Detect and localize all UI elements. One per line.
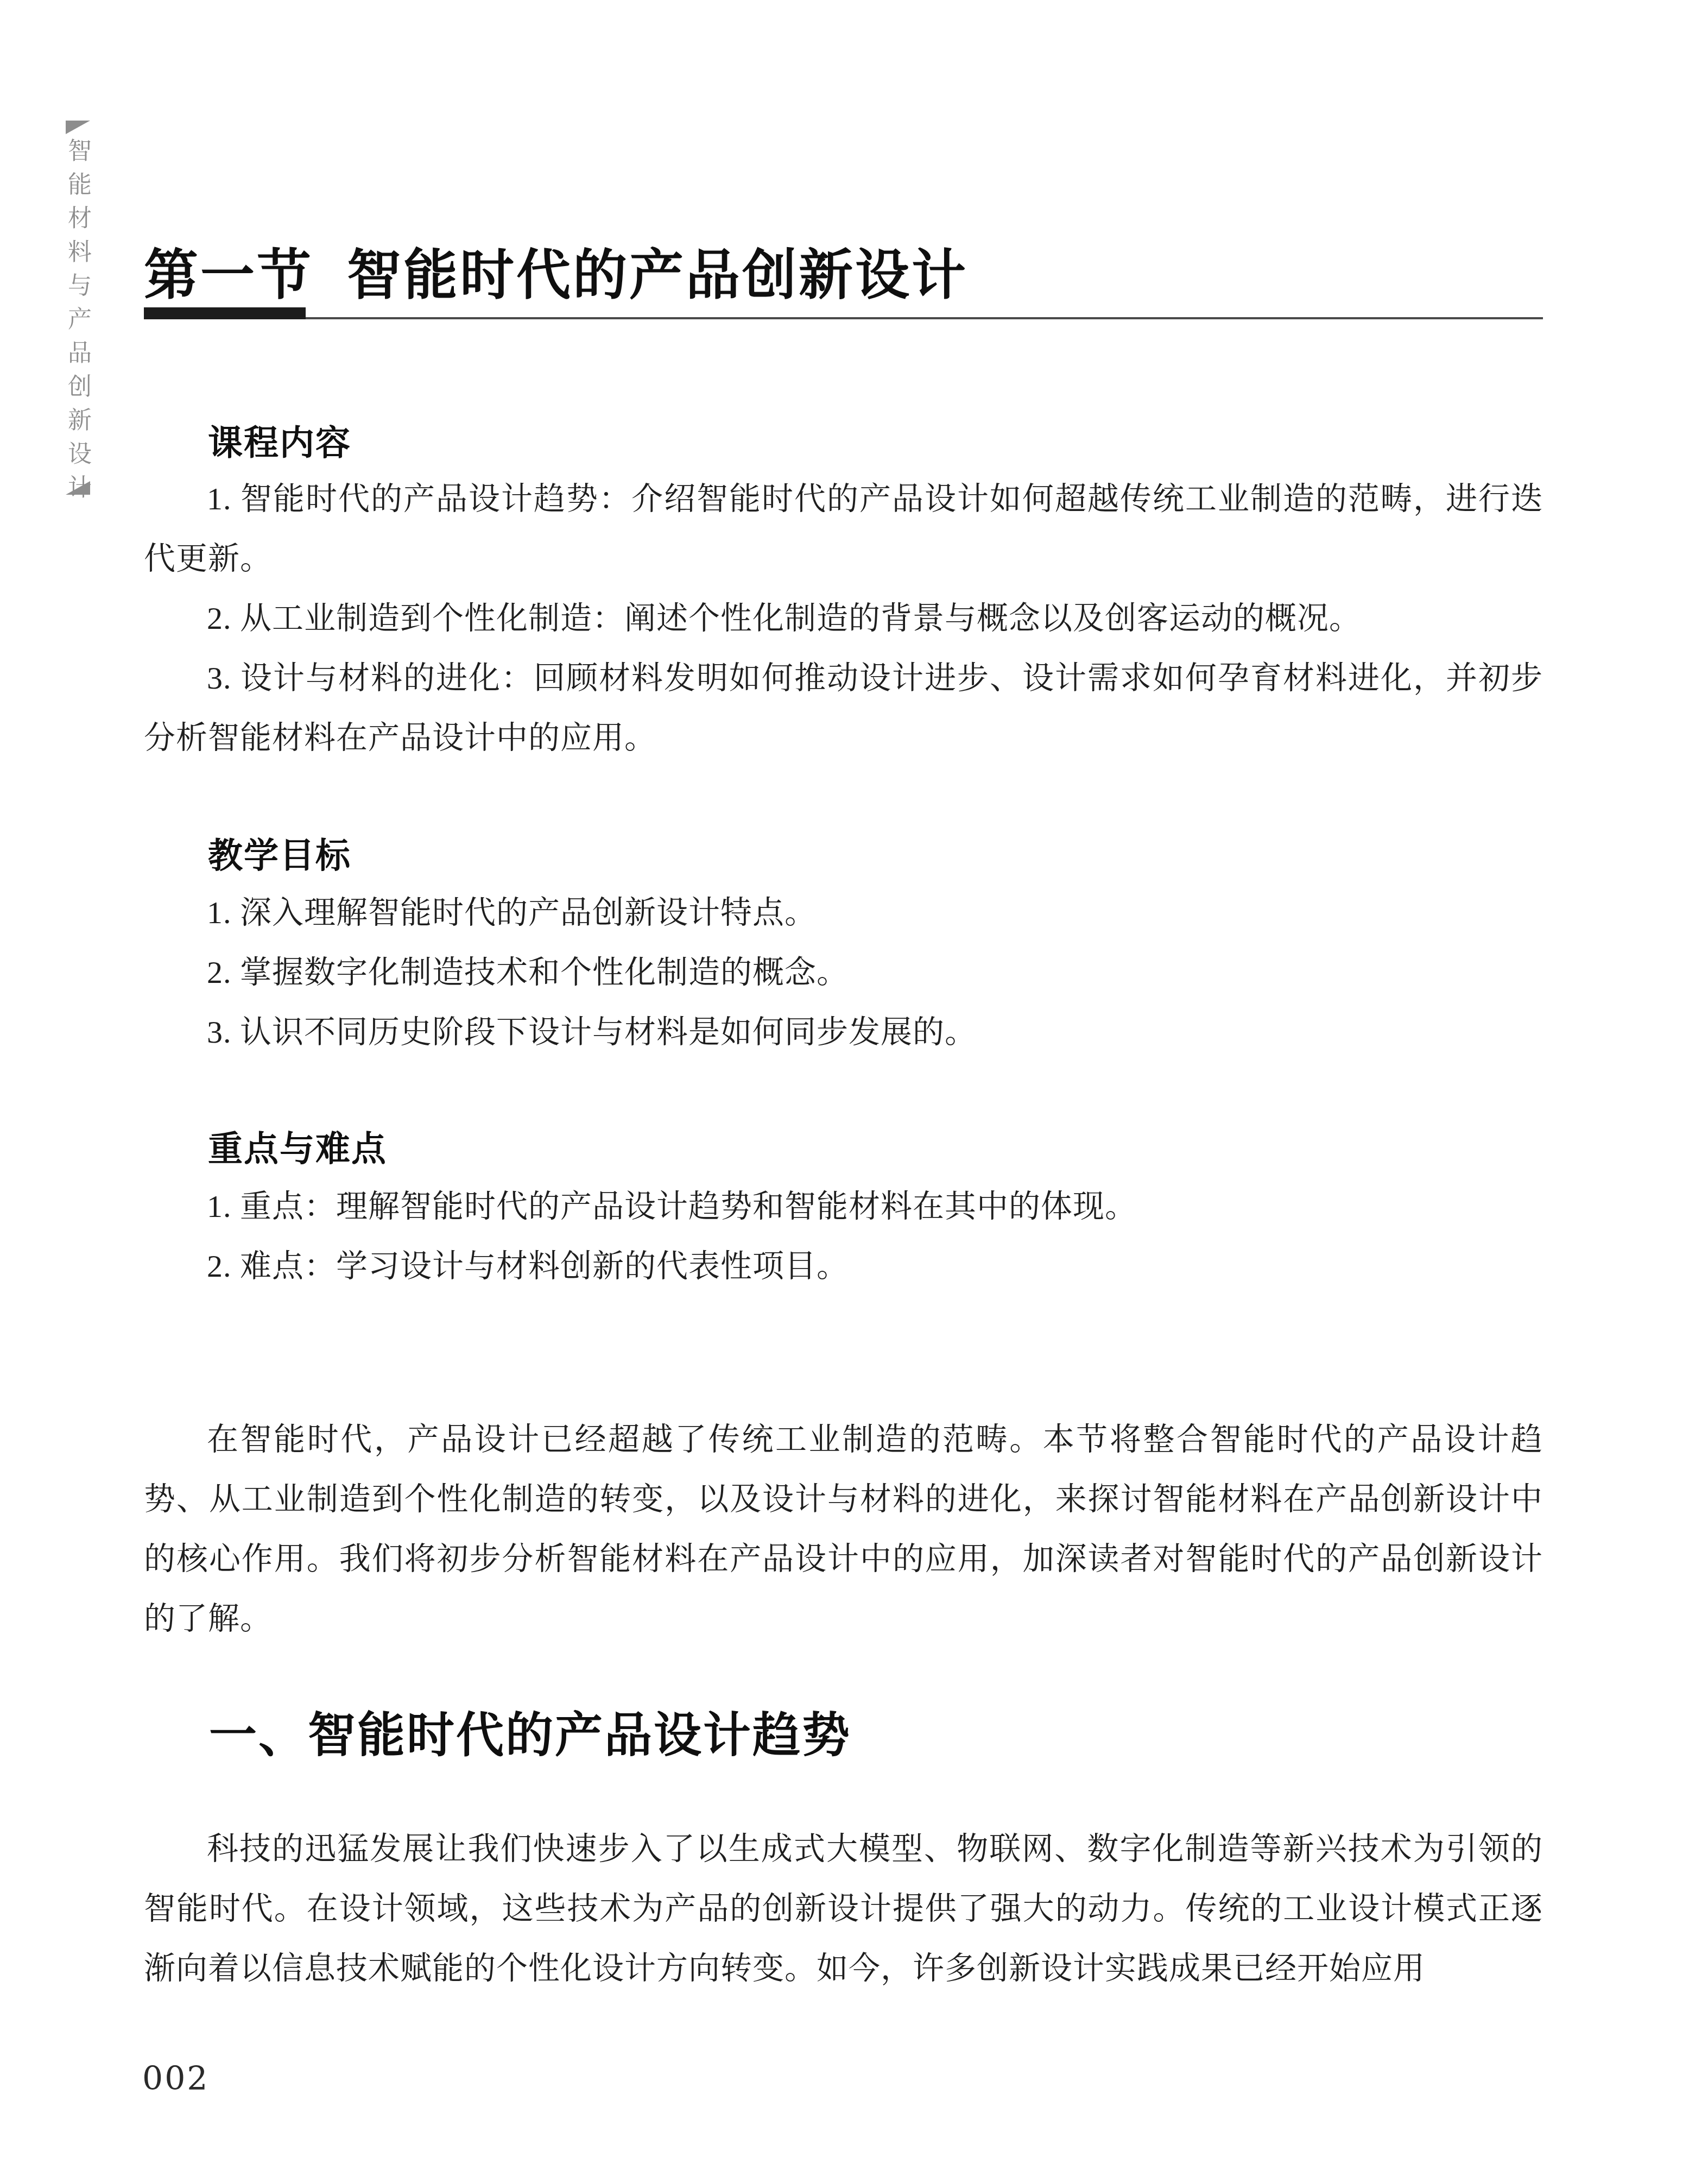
intro-paragraph: 在智能时代，产品设计已经超越了传统工业制造的范畴。本节将整合智能时代的产品设计趋…	[144, 1410, 1543, 1649]
trend-paragraph-block: 科技的迅猛发展让我们快速步入了以生成式大模型、物联网、数字化制造等新兴技术为引领…	[144, 1819, 1543, 1998]
section-number: 第一节	[144, 245, 313, 306]
objective-item-1: 1. 深入理解智能时代的产品创新设计特点。	[144, 883, 1543, 943]
keypoint-item-1: 1. 重点：理解智能时代的产品设计趋势和智能材料在其中的体现。	[144, 1177, 1543, 1237]
keypoints-heading: 重点与难点	[144, 1130, 387, 1168]
chapter-edge-label: 智能材料与产品创新设计	[63, 138, 91, 508]
page-number: 002	[142, 2061, 210, 2097]
teaching-objectives-heading: 教学目标	[144, 837, 351, 875]
section-name: 智能时代的产品创新设计	[347, 245, 968, 306]
keypoints-list: 1. 重点：理解智能时代的产品设计趋势和智能材料在其中的体现。 2. 难点：学习…	[144, 1177, 1543, 1296]
title-rule-line	[144, 317, 1543, 319]
course-item-2: 2. 从工业制造到个性化制造：阐述个性化制造的背景与概念以及创客运动的概况。	[144, 589, 1543, 648]
section-title: 第一节智能时代的产品创新设计	[144, 244, 968, 307]
title-rule	[144, 307, 1543, 321]
objective-item-3: 3. 认识不同历史阶段下设计与材料是如何同步发展的。	[144, 1002, 1543, 1062]
objective-item-2: 2. 掌握数字化制造技术和个性化制造的概念。	[144, 943, 1543, 1002]
teaching-objectives-list: 1. 深入理解智能时代的产品创新设计特点。 2. 掌握数字化制造技术和个性化制造…	[144, 883, 1543, 1062]
book-page: 智能材料与产品创新设计 第一节智能时代的产品创新设计 课程内容 1. 智能时代的…	[0, 0, 1708, 2170]
trend-paragraph: 科技的迅猛发展让我们快速步入了以生成式大模型、物联网、数字化制造等新兴技术为引领…	[144, 1819, 1543, 1998]
triangle-marker-top-icon	[66, 121, 90, 134]
title-rule-accent	[144, 307, 306, 319]
course-content-list: 1. 智能时代的产品设计趋势：介绍智能时代的产品设计如何超越传统工业制造的范畴，…	[144, 469, 1543, 768]
course-item-1: 1. 智能时代的产品设计趋势：介绍智能时代的产品设计如何超越传统工业制造的范畴，…	[144, 469, 1543, 589]
intro-paragraph-block: 在智能时代，产品设计已经超越了传统工业制造的范畴。本节将整合智能时代的产品设计趋…	[144, 1410, 1543, 1649]
keypoint-item-2: 2. 难点：学习设计与材料创新的代表性项目。	[144, 1237, 1543, 1296]
course-content-heading: 课程内容	[144, 424, 351, 462]
course-item-3: 3. 设计与材料的进化：回顾材料发明如何推动设计进步、设计需求如何孕育材料进化，…	[144, 648, 1543, 768]
subsection-heading: 一、智能时代的产品设计趋势	[144, 1710, 851, 1762]
